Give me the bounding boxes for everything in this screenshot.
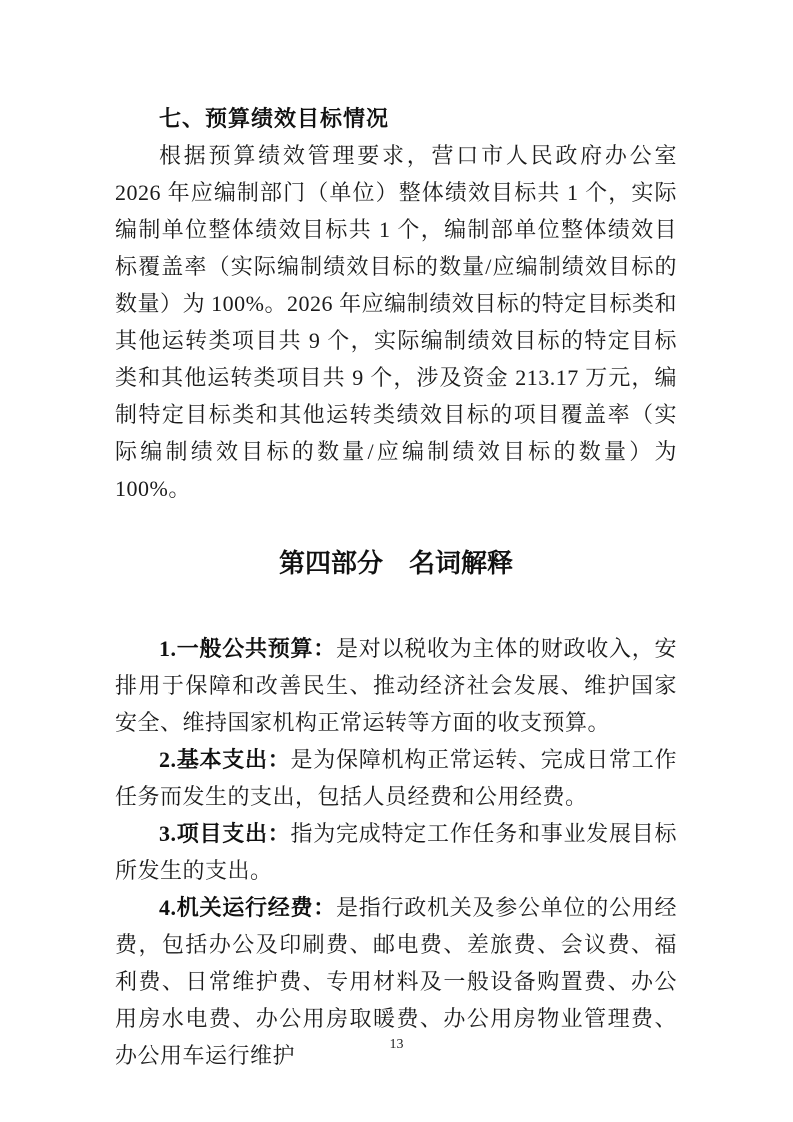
definition-3-term: 3.项目支出：: [159, 821, 291, 846]
section7-paragraph: 根据预算绩效管理要求，营口市人民政府办公室 2026 年应编制部门（单位）整体绩…: [115, 137, 677, 507]
document-page: 七、预算绩效目标情况 根据预算绩效管理要求，营口市人民政府办公室 2026 年应…: [0, 0, 793, 1122]
section7-heading: 七、预算绩效目标情况: [115, 100, 677, 137]
definition-item-1: 1.一般公共预算：是对以税收为主体的财政收入，安排用于保障和改善民生、推动经济社…: [115, 630, 677, 741]
definition-1-term: 1.一般公共预算：: [159, 636, 336, 661]
definition-item-2: 2.基本支出：是为保障机构正常运转、完成日常工作任务而发生的支出，包括人员经费和…: [115, 741, 677, 815]
part4-heading: 第四部分 名词解释: [115, 545, 677, 582]
document-content: 七、预算绩效目标情况 根据预算绩效管理要求，营口市人民政府办公室 2026 年应…: [115, 100, 677, 1074]
page-number: 13: [0, 1036, 793, 1054]
definition-2-term: 2.基本支出：: [159, 747, 291, 772]
definition-4-term: 4.机关运行经费：: [159, 895, 336, 920]
definition-item-3: 3.项目支出：指为完成特定工作任务和事业发展目标所发生的支出。: [115, 815, 677, 889]
